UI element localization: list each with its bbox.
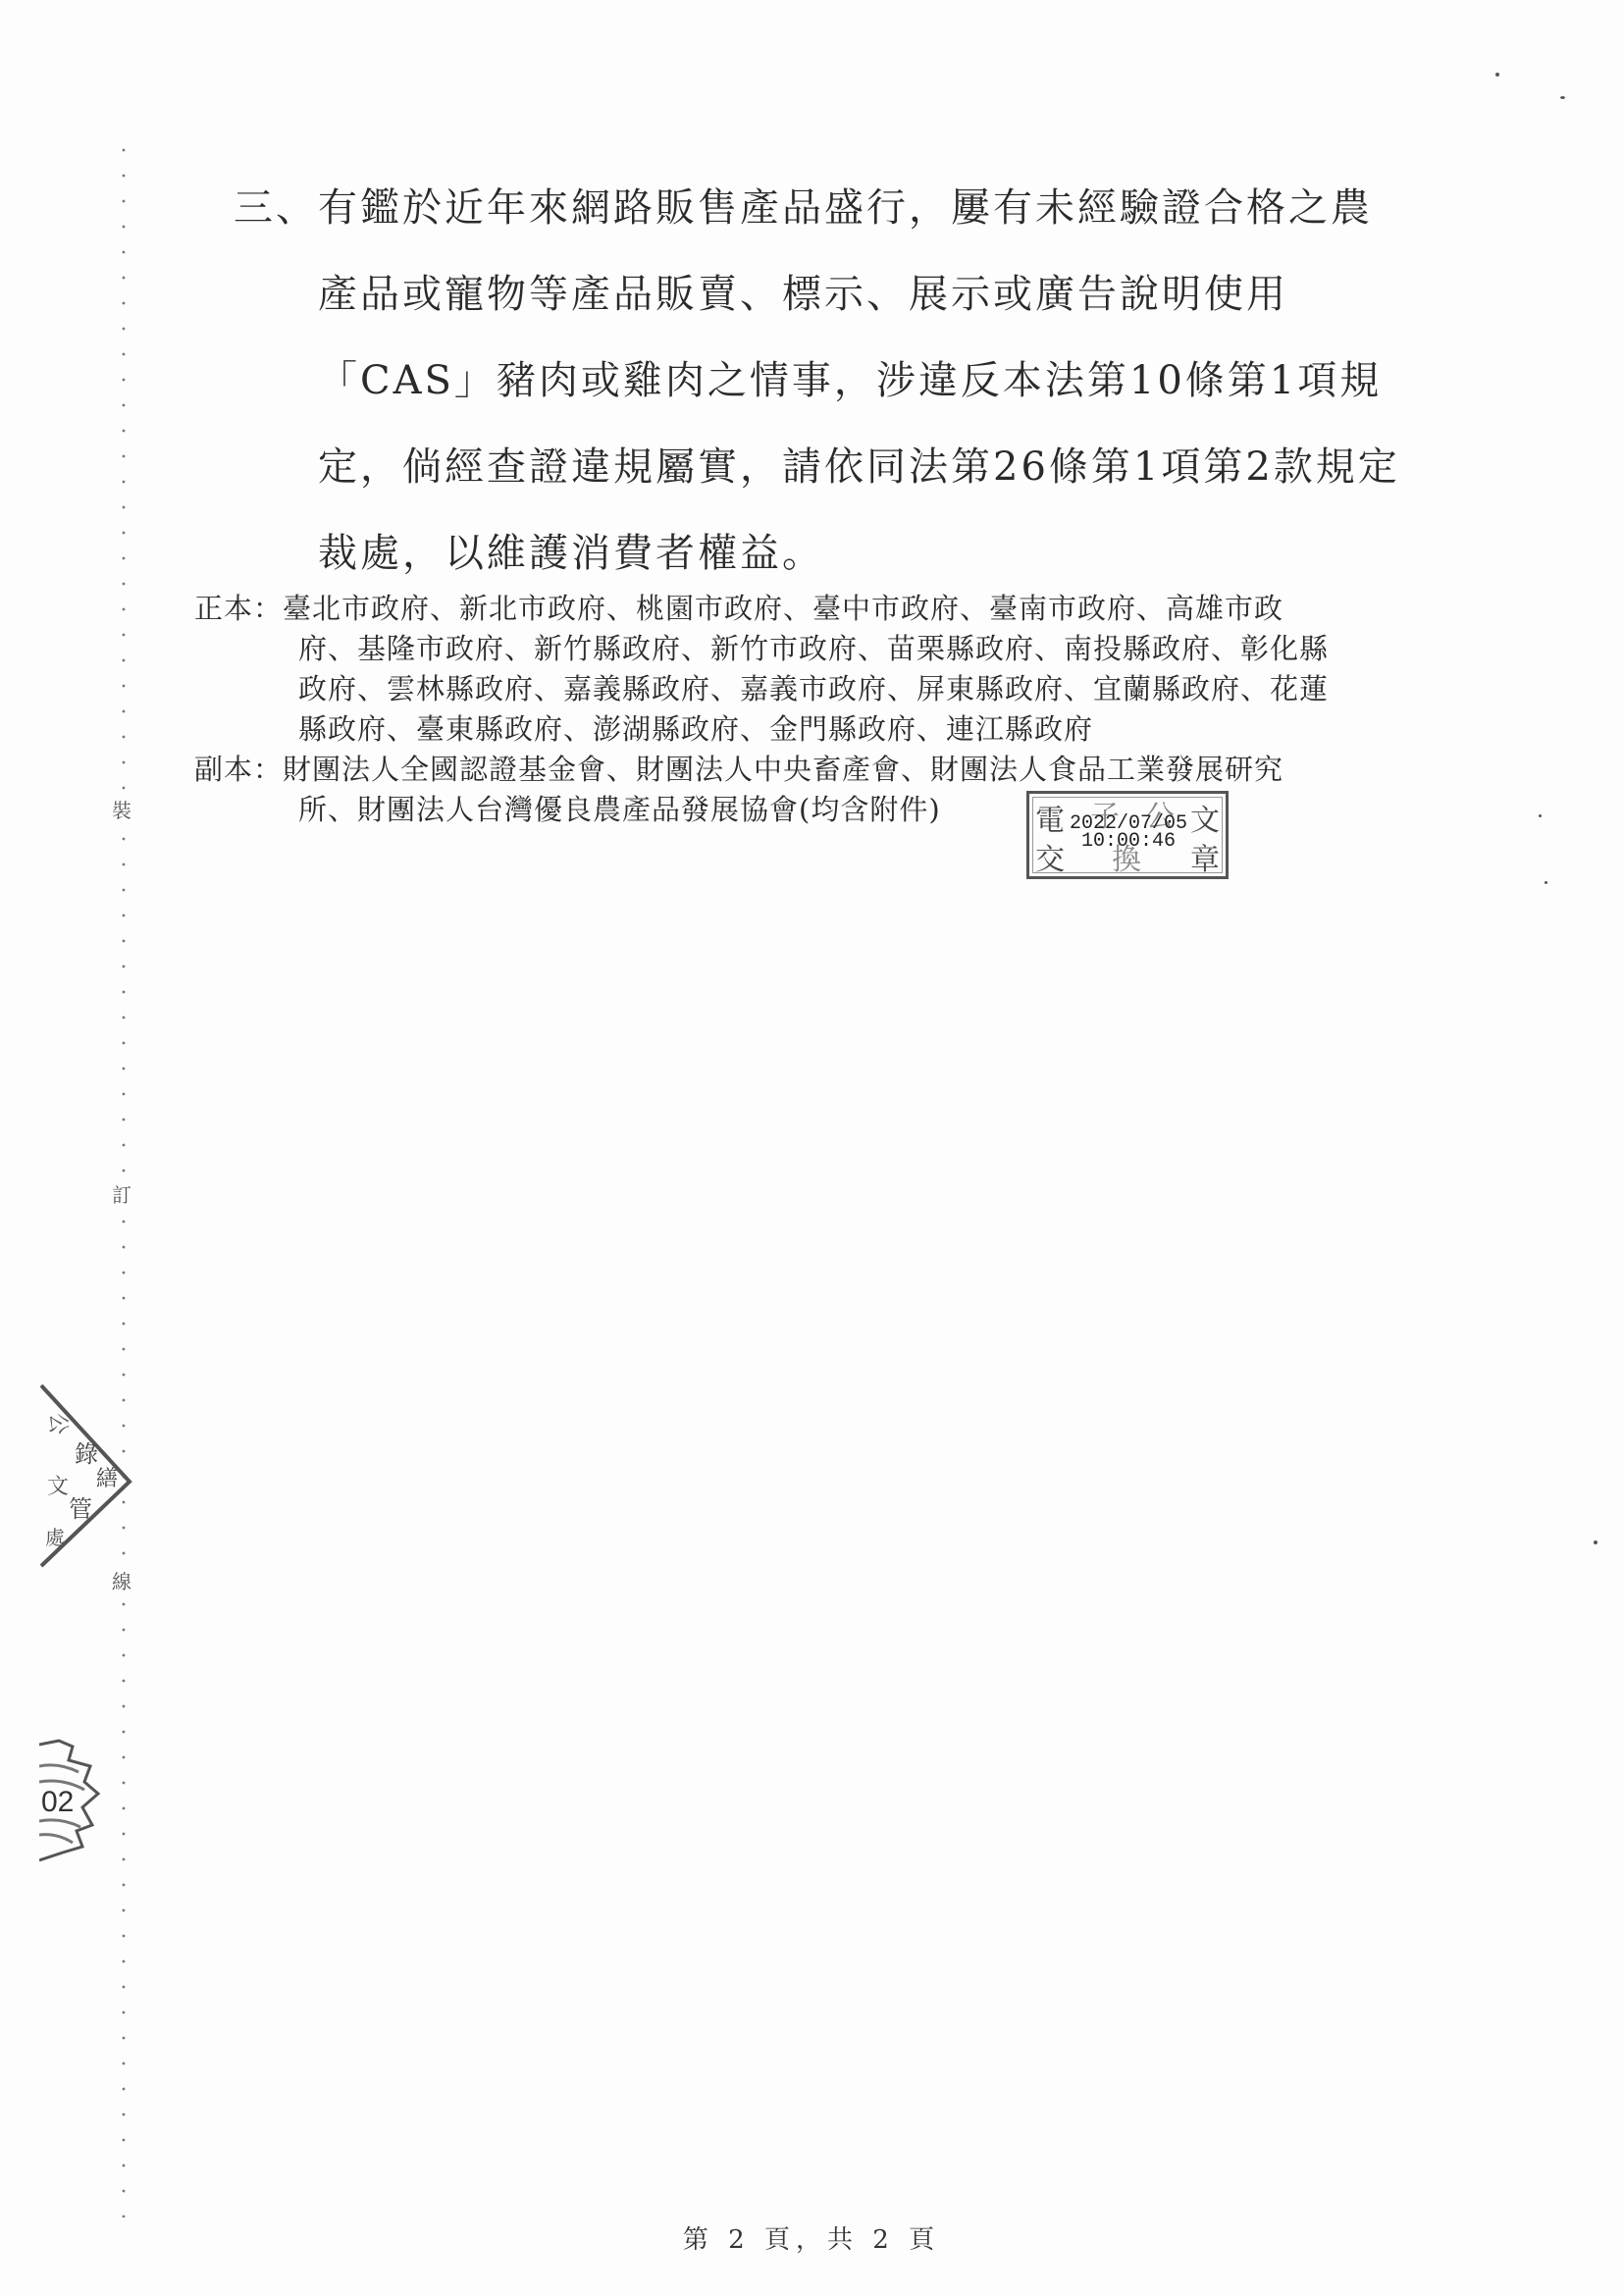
binding-dotted-line [122, 137, 126, 2218]
svg-text:文: 文 [47, 1475, 69, 1499]
binding-label-xian: 線 [112, 1570, 131, 1593]
original-recipients-label: 正本： [194, 592, 283, 625]
stamp-datetime: 2022/07/05 10:00:46 [1065, 815, 1192, 851]
original-recipients-row-4: 縣政府、臺東縣政府、澎湖縣政府、金門縣政府、連江縣政府 [298, 709, 1470, 750]
item-line-2: 產品或寵物等產品販賣、標示、展示或廣告說明使用 [318, 269, 1440, 355]
item-line-1: 三、有鑑於近年來網路販售產品盛行，屢有未經驗證合格之農 [234, 183, 1440, 269]
binding-label-zhuang: 裝 [112, 799, 131, 822]
document-page: 裝 訂 線 公 錄 繕 文 管 處 02 三、有鑑於近年來網路販售產品盛行，屢有… [0, 0, 1623, 2296]
copy-recipients-row-1: 副本：財團法人全國認證基金會、財團法人中央畜產會、財團法人食品工業發展研究 [194, 750, 1470, 790]
instruction-item-three: 三、有鑑於近年來網路販售產品盛行，屢有未經驗證合格之農 產品或寵物等產品販賣、標… [234, 183, 1440, 614]
copy-recipients-row-2: 所、財團法人台灣優良農產品發展協會(均含附件) [298, 790, 1470, 830]
svg-text:公: 公 [45, 1413, 70, 1435]
triangle-seal-stamp: 公 錄 繕 文 管 處 [39, 1383, 133, 1570]
stamp-time: 10:00:46 [1065, 833, 1192, 851]
original-recipients-row-1: 正本：臺北市政府、新北市政府、桃園市政府、臺中市政府、臺南市政府、高雄市政 [194, 589, 1470, 629]
item-number: 三、 [234, 185, 318, 231]
original-recipients-row-2: 府、基隆市政府、新竹縣政府、新竹市政府、苗栗縣政府、南投縣政府、彰化縣 [298, 629, 1470, 669]
svg-text:02: 02 [41, 1786, 74, 1818]
recipients-block: 正本：臺北市政府、新北市政府、桃園市政府、臺中市政府、臺南市政府、高雄市政 府、… [194, 589, 1470, 830]
copy-recipients-label: 副本： [194, 753, 283, 786]
original-recipients-row-3: 政府、雲林縣政府、嘉義縣政府、嘉義市政府、屏東縣政府、宜蘭縣政府、花蓮 [298, 669, 1470, 709]
serrated-seal-stamp: 02 [39, 1737, 108, 1864]
svg-text:錄: 錄 [75, 1440, 98, 1468]
binding-label-ding: 訂 [112, 1183, 131, 1207]
svg-text:繕: 繕 [96, 1467, 118, 1491]
svg-text:處: 處 [45, 1526, 65, 1549]
item-line-3: 「CAS」豬肉或雞肉之情事，涉違反本法第10條第1項規 [318, 355, 1440, 442]
item-line-4: 定，倘經查證違規屬實，請依同法第26條第1項第2款規定 [318, 442, 1440, 528]
svg-text:管: 管 [69, 1495, 92, 1523]
electronic-exchange-stamp: 電 子 公 文 交 換 章 2022/07/05 10:00:46 [1026, 791, 1229, 879]
page-number-footer: 第 2 頁，共 2 頁 [0, 2219, 1623, 2256]
